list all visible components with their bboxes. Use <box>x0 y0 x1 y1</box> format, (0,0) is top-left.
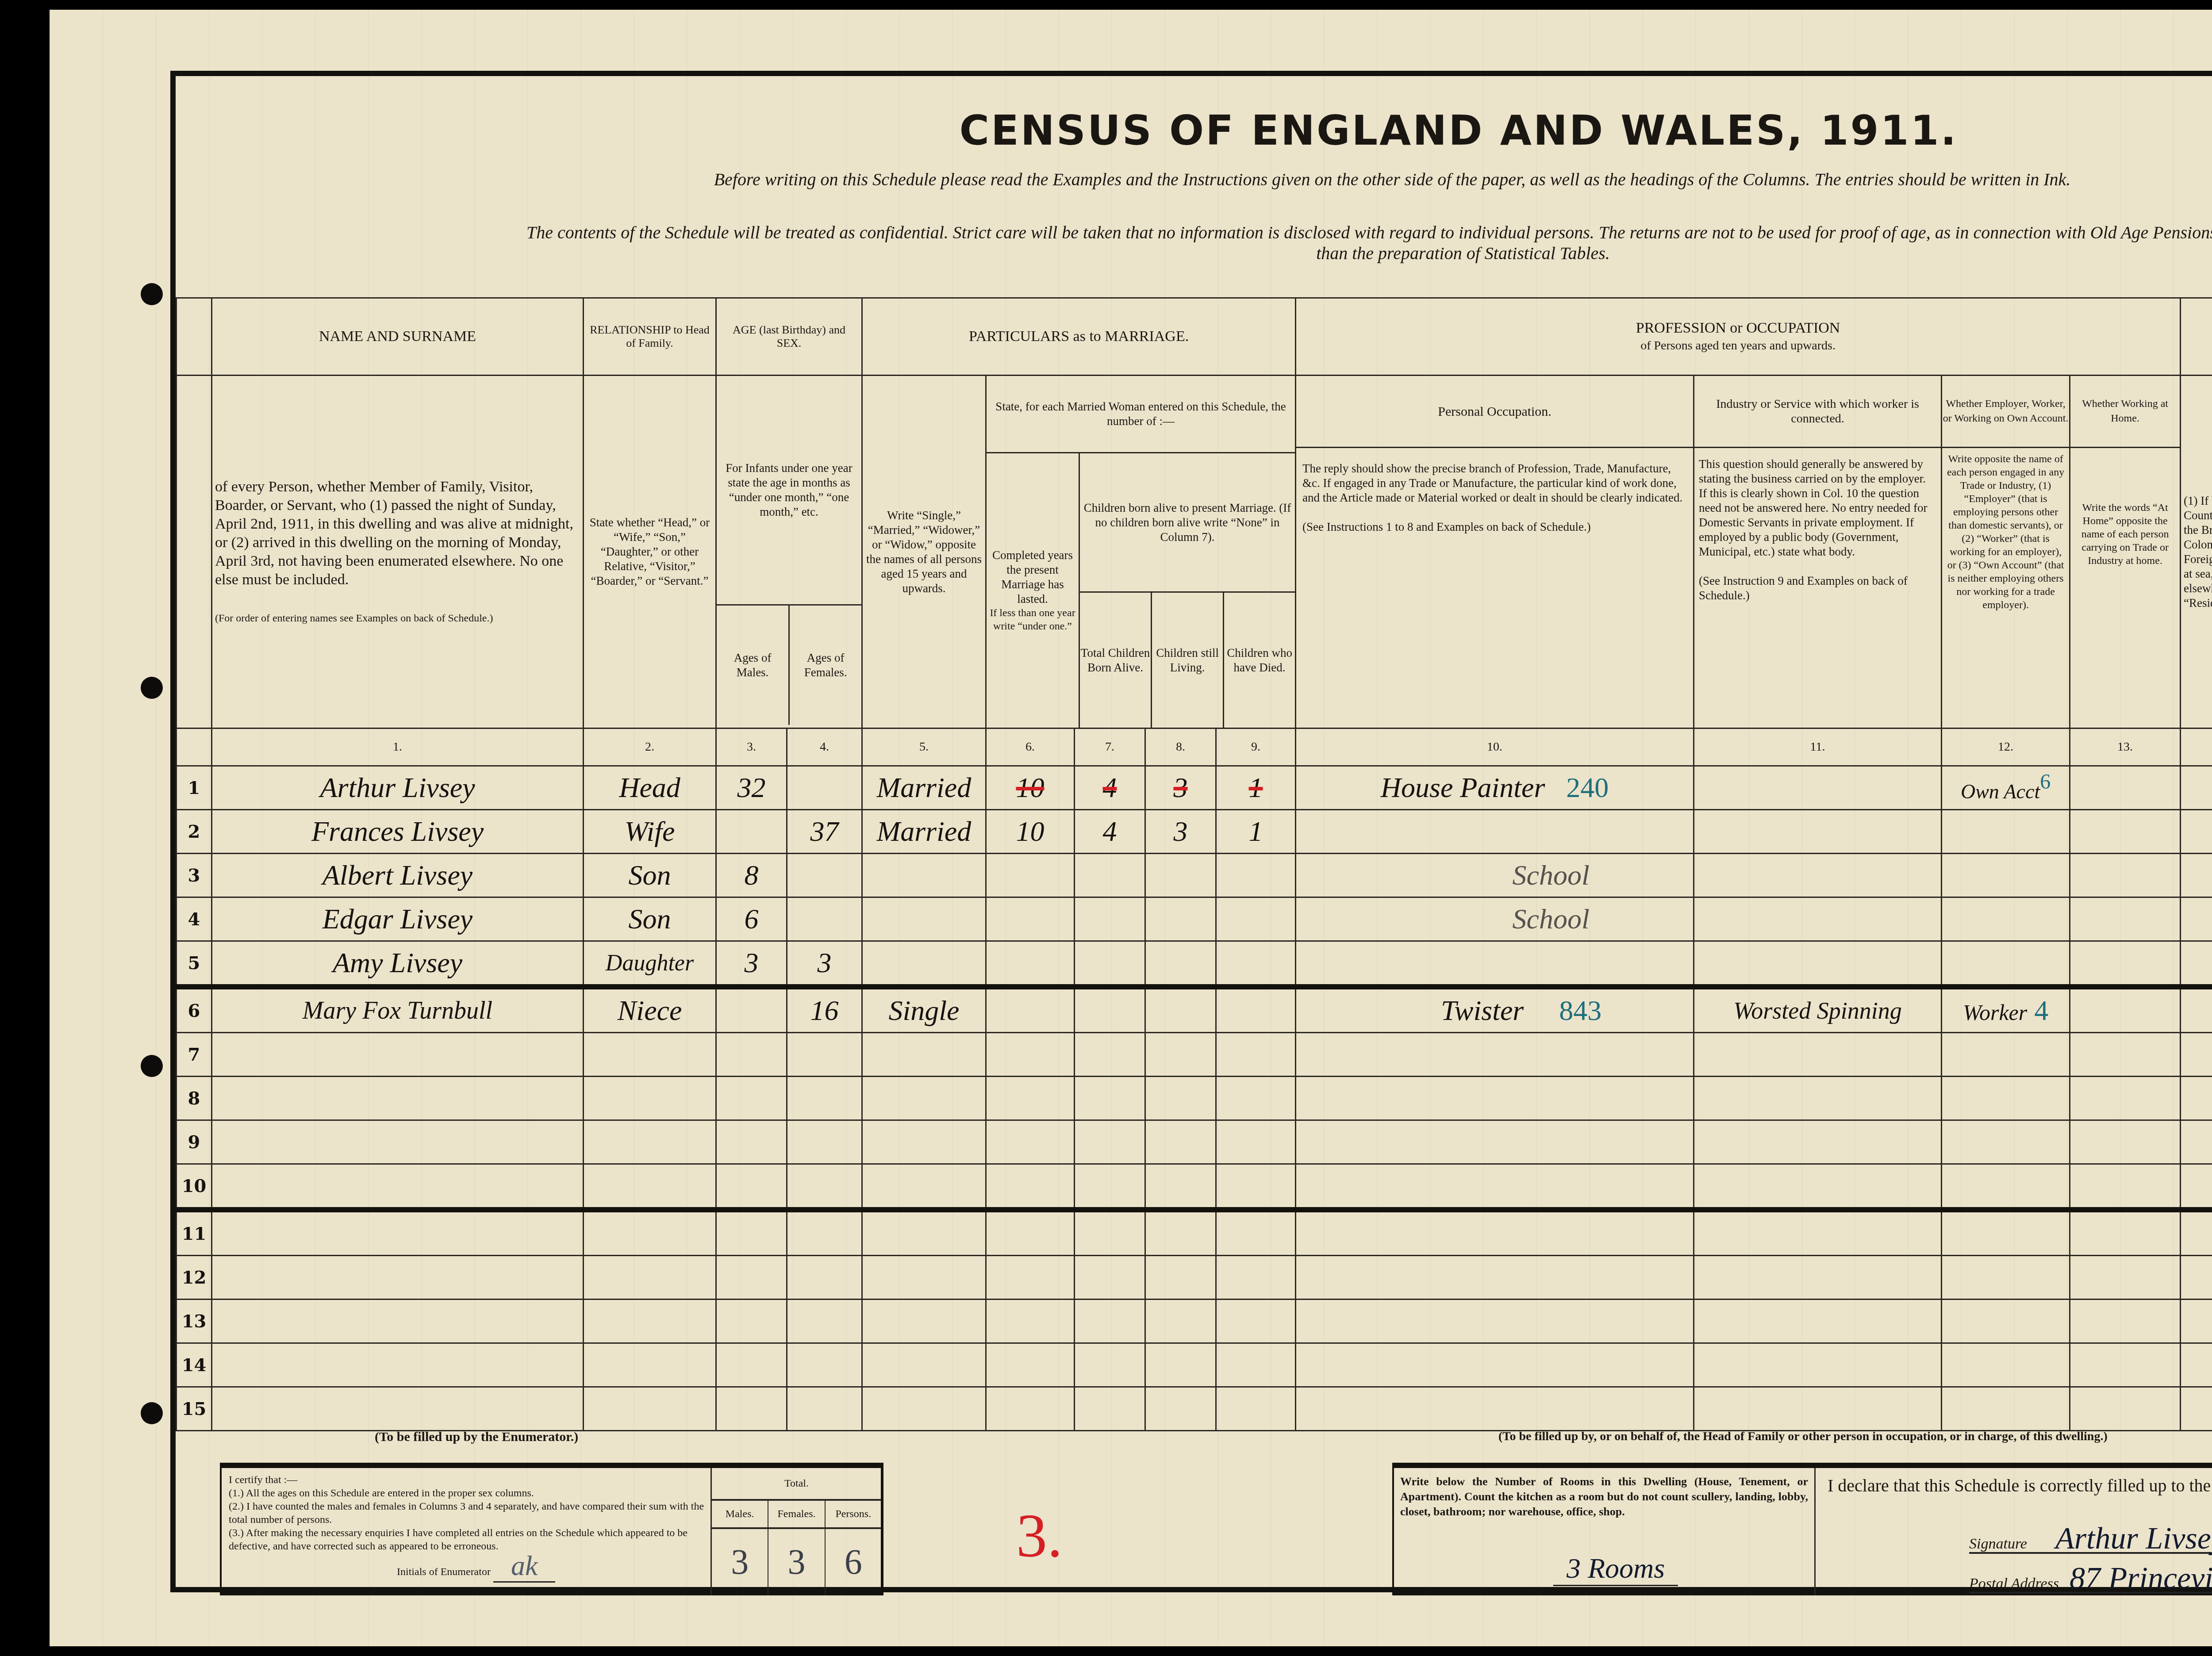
age-male-cell: 32 <box>716 766 787 810</box>
table-row: 7 <box>177 1033 2212 1077</box>
enumerator-heading: (To be filled up by the Enumerator.) <box>375 1430 578 1445</box>
form-frame: CENSUS OF ENGLAND AND WALES, 1911. Befor… <box>170 71 2212 1592</box>
header-name: NAME AND SURNAME <box>212 298 584 376</box>
table-row: 12 <box>177 1256 2212 1299</box>
header-marriage: PARTICULARS as to MARRIAGE. <box>862 298 1296 376</box>
employer-cell: Own Acct6 <box>1942 766 2070 810</box>
birthplace-cell: Bradford. Yorks. <box>2181 766 2212 810</box>
employer-code: 6 <box>2040 770 2051 793</box>
header-relationship: RELATIONSHIP to Head of Family. <box>584 298 716 376</box>
table-row: 1 Arthur Livsey Head 32 Married 10 4 3 1… <box>177 766 2212 810</box>
punch-hole <box>141 283 163 305</box>
header-row-instructions: of every Person, whether Member of Famil… <box>177 376 2212 728</box>
signature-field: Signature Arthur Livsey <box>1969 1521 2212 1554</box>
header-occupation: PROFESSION or OCCUPATION of Persons aged… <box>1296 298 2181 376</box>
head-of-family-declaration: Write below the Number of Rooms in this … <box>1392 1463 2212 1595</box>
instruction-line: Before writing on this Schedule please r… <box>308 169 2212 190</box>
died-children-cell: 1 <box>1216 766 1296 810</box>
married-woman-instructions: State, for each Married Woman entered on… <box>986 376 1296 728</box>
industry-instructions: Industry or Service with which worker is… <box>1694 376 1942 728</box>
postal-address-value: 87 Princeville St Bradford <box>2061 1561 2212 1595</box>
table-row: 10 <box>177 1164 2212 1210</box>
declaration-text: I declare that this Schedule is correctl… <box>1828 1475 2212 1496</box>
totals-box: Total. Males. Females. Persons. 3 3 6 <box>710 1468 881 1595</box>
relationship-instructions: State whether “Head,” or “Wife,” “Son,” … <box>584 376 716 728</box>
table-row: 9 <box>177 1120 2212 1164</box>
total-persons: 6 <box>826 1529 881 1595</box>
table-row: 6 Mary Fox Turnbull Niece 16 Single Twis… <box>177 987 2212 1033</box>
employer-instructions: Whether Employer, Worker, or Working on … <box>1942 376 2070 728</box>
home-cell <box>2070 766 2181 810</box>
total-females: 3 <box>768 1529 825 1595</box>
enumerator-certificate: I certify that :— (1.) All the ages on t… <box>220 1463 883 1595</box>
enumerator-initials: ak <box>493 1550 555 1583</box>
age-female-cell <box>787 766 862 810</box>
punch-hole <box>141 677 163 699</box>
confidential-notice: The contents of the Schedule will be tre… <box>202 222 2212 264</box>
postal-address-field: Postal Address 87 Princeville St Bradfor… <box>1969 1561 2212 1594</box>
relation-cell: Head <box>584 766 716 810</box>
number-of-rooms: 3 Rooms <box>1553 1552 1678 1586</box>
table-row: 11 <box>177 1210 2212 1256</box>
table-row: 13 <box>177 1299 2212 1343</box>
occupation-code: 240 <box>1566 772 1609 803</box>
living-children-cell: 3 <box>1145 766 1216 810</box>
punch-hole <box>141 1402 163 1424</box>
birthplace-instructions: (1) If born in the United Kingdom, write… <box>2181 376 2212 728</box>
punch-hole <box>141 1055 163 1077</box>
table-row: 2 Frances Livsey Wife 37 Married 10 4 3 … <box>177 810 2212 854</box>
total-males: 3 <box>712 1529 768 1595</box>
header-birthplace: BIRTHPLACE of every person. <box>2181 298 2212 376</box>
form-title: CENSUS OF ENGLAND AND WALES, 1911. <box>176 107 2212 154</box>
census-table: NAME AND SURNAME RELATIONSHIP to Head of… <box>176 297 2212 1431</box>
footer-section: (To be filled up by the Enumerator.) I c… <box>176 1421 2212 1598</box>
occupation-code: 843 <box>1559 995 1601 1026</box>
name-instructions: of every Person, whether Member of Famil… <box>212 376 584 728</box>
years-cell: 10 <box>986 766 1075 810</box>
total-children-cell: 4 <box>1075 766 1145 810</box>
home-instructions: Whether Working at Home. Write the words… <box>2070 376 2181 728</box>
rooms-instruction: Write below the Number of Rooms in this … <box>1394 1468 1814 1526</box>
column-number-row: 1. 2. 3. 4. 5. 6. 7. 8. 9. 10. 11. 12. 1… <box>177 728 2212 766</box>
table-row: 14 <box>177 1343 2212 1387</box>
name-cell: Arthur Livsey <box>212 766 584 810</box>
red-mark: 3. <box>1016 1500 1063 1572</box>
table-row: 4 Edgar Livsey Son 6 School Bradford Yor… <box>177 897 2212 941</box>
condition-cell: Married <box>862 766 986 810</box>
condition-instructions: Write “Single,” “Married,” “Widower,” or… <box>862 376 986 728</box>
table-row: 5 Amy Livsey Daughter 3 3 Bradford Yorks <box>177 941 2212 987</box>
table-row: 3 Albert Livsey Son 8 School Bradford Yo… <box>177 854 2212 897</box>
header-age: AGE (last Birthday) and SEX. <box>716 298 862 376</box>
occupation-cell: House Painter 240 <box>1296 766 1694 810</box>
table-row: 8 <box>177 1077 2212 1120</box>
personal-occupation-instructions: Personal Occupation. The reply should sh… <box>1296 376 1694 728</box>
header-row-titles: NAME AND SURNAME RELATIONSHIP to Head of… <box>177 298 2212 376</box>
employer-code: 4 <box>2034 995 2048 1026</box>
industry-cell <box>1694 766 1942 810</box>
signature-value: Arthur Livsey <box>2029 1522 2212 1556</box>
household-heading: (To be filled up by, or on behalf of, th… <box>1498 1430 2108 1444</box>
age-instructions: For Infants under one year state the age… <box>716 376 862 728</box>
